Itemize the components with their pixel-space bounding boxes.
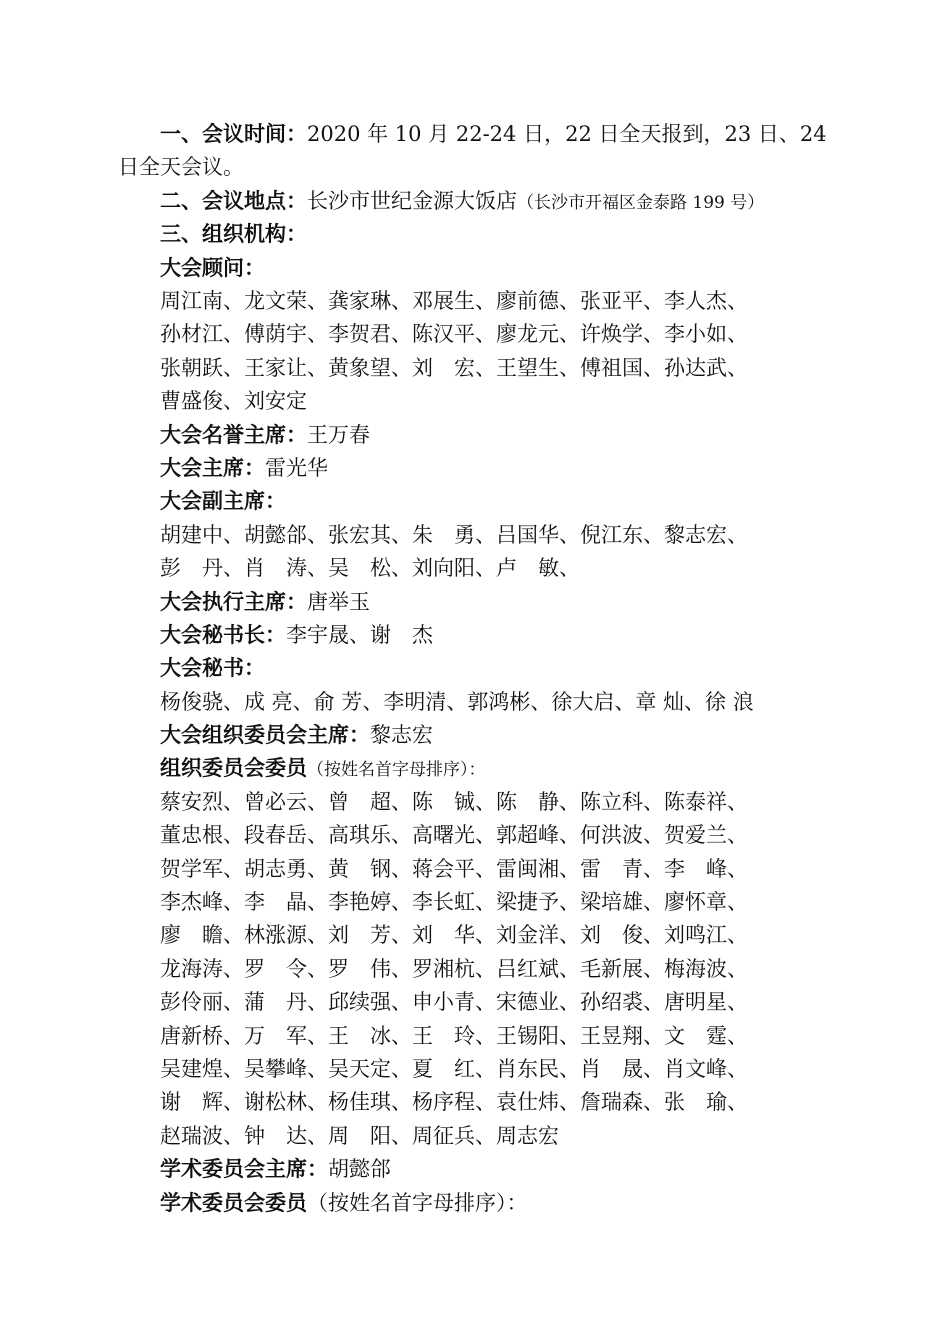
role-value: 王万春: [307, 423, 370, 447]
chair-row: 大会主席：雷光华: [118, 452, 833, 485]
meeting-time: 一、会议时间：2020 年 10 月 22-24 日，22 日全天报到，23 日…: [118, 118, 833, 185]
name-list-line: 张朝跃、王家让、黄象望、刘 宏、王望生、傅祖国、孙达武、: [118, 352, 833, 385]
role-label: 大会执行主席：: [160, 590, 307, 614]
org-committee-members-label-row: 组织委员会委员（按姓名首字母排序）：: [118, 752, 833, 785]
document-page: 一、会议时间：2020 年 10 月 22-24 日，22 日全天报到，23 日…: [0, 0, 945, 1336]
role-label: 学术委员会委员: [160, 1191, 307, 1215]
meeting-venue: 二、会议地点：长沙市世纪金源大饭店（长沙市开福区金泰路 199 号）: [118, 185, 833, 218]
role-value: 黎志宏: [370, 723, 433, 747]
name-list-line: 董忠根、段春岳、高琪乐、高曙光、郭超峰、何洪波、贺爱兰、: [118, 819, 833, 852]
role-label: 大会副主席：: [160, 489, 286, 513]
name-list-line: 曹盛俊、刘安定: [118, 385, 833, 418]
honorary-chair-row: 大会名誉主席：王万春: [118, 419, 833, 452]
role-label: 大会顾问：: [160, 256, 265, 280]
name-list-line: 胡建中、胡懿郃、张宏其、朱 勇、吕国华、倪江东、黎志宏、: [118, 519, 833, 552]
role-label: 大会秘书长：: [160, 623, 286, 647]
role-label: 大会秘书：: [160, 656, 265, 680]
role-value: 雷光华: [265, 456, 328, 480]
role-value: 唐举玉: [307, 590, 370, 614]
sort-note: （按姓名首字母排序）：: [307, 760, 486, 780]
name-list-line: 唐新桥、万 军、王 冰、王 玲、王锡阳、王昱翔、文 霆、: [118, 1020, 833, 1053]
name-list-line: 贺学军、胡志勇、黄 钢、蒋会平、雷闽湘、雷 青、李 峰、: [118, 853, 833, 886]
org-committee-chair-row: 大会组织委员会主席：黎志宏: [118, 719, 833, 752]
name-list-line: 彭伶丽、蒲 丹、邱续强、申小青、宋德业、孙绍裘、唐明星、: [118, 986, 833, 1019]
name-list-line: 谢 辉、谢松林、杨佳琪、杨序程、袁仕炜、詹瑞森、张 瑜、: [118, 1086, 833, 1119]
role-label: 大会名誉主席：: [160, 423, 307, 447]
secretary-general-row: 大会秘书长：李宇晟、谢 杰: [118, 619, 833, 652]
venue-name: 长沙市世纪金源大饭店: [307, 189, 517, 213]
name-list-line: 周江南、龙文荣、龚家琳、邓展生、廖前德、张亚平、李人杰、: [118, 285, 833, 318]
role-label: 组织委员会委员: [160, 756, 307, 780]
role-label: 学术委员会主席：: [160, 1157, 328, 1181]
name-list-line: 吴建煌、吴攀峰、吴天定、夏 红、肖东民、肖 晟、肖文峰、: [118, 1053, 833, 1086]
name-list-line: 龙海涛、罗 令、罗 伟、罗湘杭、吕红斌、毛新展、梅海波、: [118, 953, 833, 986]
sort-note: （按姓名首字母排序）：: [307, 1191, 528, 1215]
name-list-line: 孙材江、傅荫宇、李贺君、陈汉平、廖龙元、许焕学、李小如、: [118, 318, 833, 351]
name-list-line: 蔡安烈、曾必云、曾 超、陈 铖、陈 静、陈立科、陈泰祥、: [118, 786, 833, 819]
section-heading: 三、组织机构：: [160, 222, 307, 246]
academic-committee-members-label-row: 学术委员会委员（按姓名首字母排序）：: [118, 1187, 833, 1220]
document-body: 一、会议时间：2020 年 10 月 22-24 日，22 日全天报到，23 日…: [118, 118, 833, 1220]
section-heading: 二、会议地点：: [160, 189, 307, 213]
role-value: 胡懿郃: [328, 1157, 391, 1181]
advisors-label-row: 大会顾问：: [118, 252, 833, 285]
role-value: 李宇晟、谢 杰: [286, 623, 433, 647]
vice-chairs-label-row: 大会副主席：: [118, 485, 833, 518]
name-list-line: 杨俊骁、成 亮、俞 芳、李明清、郭鸿彬、徐大启、章 灿、徐 浪: [118, 686, 833, 719]
name-list-line: 赵瑞波、钟 达、周 阳、周征兵、周志宏: [118, 1120, 833, 1153]
name-list-line: 廖 瞻、林涨源、刘 芳、刘 华、刘金洋、刘 俊、刘鸣江、: [118, 919, 833, 952]
name-list-line: 李杰峰、李 晶、李艳婷、李长虹、梁捷予、梁培雄、廖怀章、: [118, 886, 833, 919]
executive-chair-row: 大会执行主席：唐举玉: [118, 586, 833, 619]
section-heading: 一、会议时间：: [160, 122, 307, 146]
name-list-line: 彭 丹、肖 涛、吴 松、刘向阳、卢 敏、: [118, 552, 833, 585]
secretaries-label-row: 大会秘书：: [118, 652, 833, 685]
academic-committee-chair-row: 学术委员会主席：胡懿郃: [118, 1153, 833, 1186]
role-label: 大会组织委员会主席：: [160, 723, 370, 747]
organization-heading: 三、组织机构：: [118, 218, 833, 251]
venue-address: （长沙市开福区金泰路 199 号）: [517, 193, 764, 213]
role-label: 大会主席：: [160, 456, 265, 480]
